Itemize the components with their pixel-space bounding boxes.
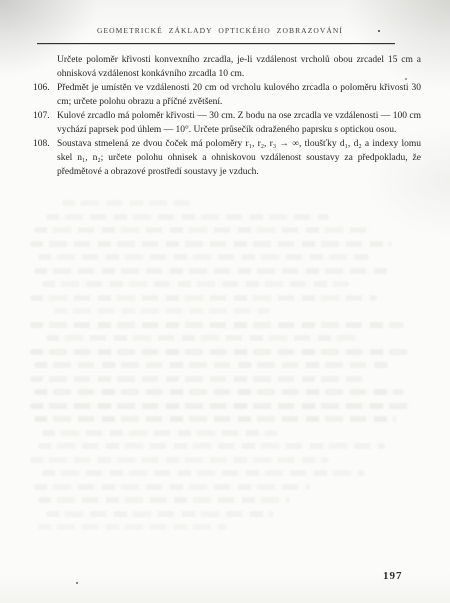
page-content: Určete poloměr křivosti konvexního zrcad… bbox=[33, 53, 421, 179]
ghost-text-line bbox=[30, 295, 377, 301]
scan-speck bbox=[76, 582, 78, 584]
running-header: GEOMETRICKÉ ZÁKLADY OPTICKÉHO ZOBRAZOVÁN… bbox=[0, 26, 440, 35]
ghost-text-line bbox=[46, 214, 330, 220]
ghost-text-line bbox=[30, 322, 404, 328]
ghost-text-line bbox=[30, 376, 365, 382]
problem-108: 108. Soustava stmelená ze dvou čoček má … bbox=[33, 137, 421, 179]
ghost-text-line bbox=[34, 484, 310, 490]
ghost-text-line bbox=[30, 457, 329, 463]
problem-106: 106. Předmět je umístěn ve vzdálenosti 2… bbox=[33, 81, 421, 109]
intro-paragraph: Určete poloměr křivosti konvexního zrcad… bbox=[33, 53, 421, 81]
ghost-text-line bbox=[62, 200, 196, 206]
header-rule bbox=[37, 43, 395, 44]
problem-text: Předmět je umístěn ve vzdálenosti 20 cm … bbox=[57, 83, 421, 107]
problem-number: 108. bbox=[33, 137, 50, 151]
ghost-text-line bbox=[46, 511, 275, 517]
ghost-text-line bbox=[34, 227, 373, 233]
ghost-text-line bbox=[30, 349, 408, 355]
ghost-text-line bbox=[34, 416, 396, 422]
scan-speck bbox=[378, 30, 380, 32]
page-number: 197 bbox=[383, 570, 403, 582]
ghost-text-line bbox=[38, 497, 290, 503]
problem-text: Soustava stmelená ze dvou čoček má polom… bbox=[57, 139, 421, 177]
ghost-text-line bbox=[34, 268, 389, 274]
ghost-text-line bbox=[34, 362, 389, 368]
scan-speck bbox=[405, 78, 407, 80]
problem-107: 107. Kulové zrcadlo má poloměr křivosti … bbox=[33, 109, 421, 137]
ghost-text-line bbox=[38, 524, 227, 530]
show-through-ghost-text bbox=[30, 200, 424, 538]
scanned-book-page: GEOMETRICKÉ ZÁKLADY OPTICKÉHO ZOBRAZOVÁN… bbox=[0, 0, 450, 603]
ghost-text-line bbox=[42, 470, 365, 476]
ghost-text-line bbox=[38, 254, 369, 260]
problem-number: 106. bbox=[33, 81, 50, 95]
ghost-text-line bbox=[42, 430, 278, 436]
ghost-text-line bbox=[42, 281, 349, 287]
ghost-text-line bbox=[30, 403, 412, 409]
ghost-text-line bbox=[54, 308, 271, 314]
ghost-text-line bbox=[30, 241, 392, 247]
problem-number: 107. bbox=[33, 109, 50, 123]
ghost-text-line bbox=[34, 389, 404, 395]
ghost-text-line bbox=[38, 443, 385, 449]
problem-text: Kulové zrcadlo má poloměr křivosti — 30 … bbox=[57, 111, 421, 135]
ghost-text-line bbox=[46, 335, 361, 341]
